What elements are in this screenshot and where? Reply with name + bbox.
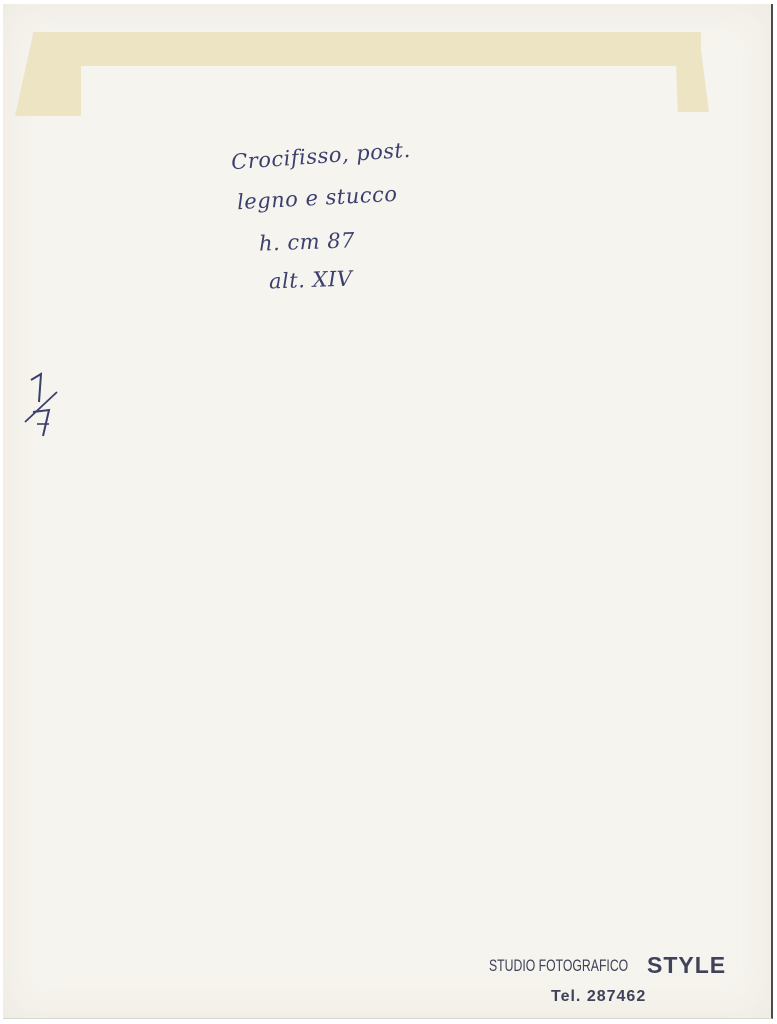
handwritten-note-century: alt. XIV [269, 267, 353, 294]
handwritten-note-material: legno e stucco [236, 182, 397, 214]
adhesive-tape-top [33, 32, 701, 66]
adhesive-tape-right [675, 32, 709, 112]
adhesive-tape-left [15, 32, 81, 116]
handwritten-note-height: h. cm 87 [259, 228, 356, 255]
stamp-phone: Tel. 287462 [551, 988, 646, 1006]
stamp-studio-name: STYLE [647, 952, 726, 979]
handwritten-note-subject: Crocifisso, post. [230, 138, 411, 174]
photo-verso-sheet: Crocifisso, post. legno e stucco h. cm 8… [3, 4, 773, 1019]
photo-studio-stamp: STUDIO FOTOGRAFICO STYLE Tel. 287462 [489, 956, 682, 976]
margin-note-fraction [21, 372, 61, 442]
stamp-studio-label: STUDIO FOTOGRAFICO [489, 956, 628, 976]
